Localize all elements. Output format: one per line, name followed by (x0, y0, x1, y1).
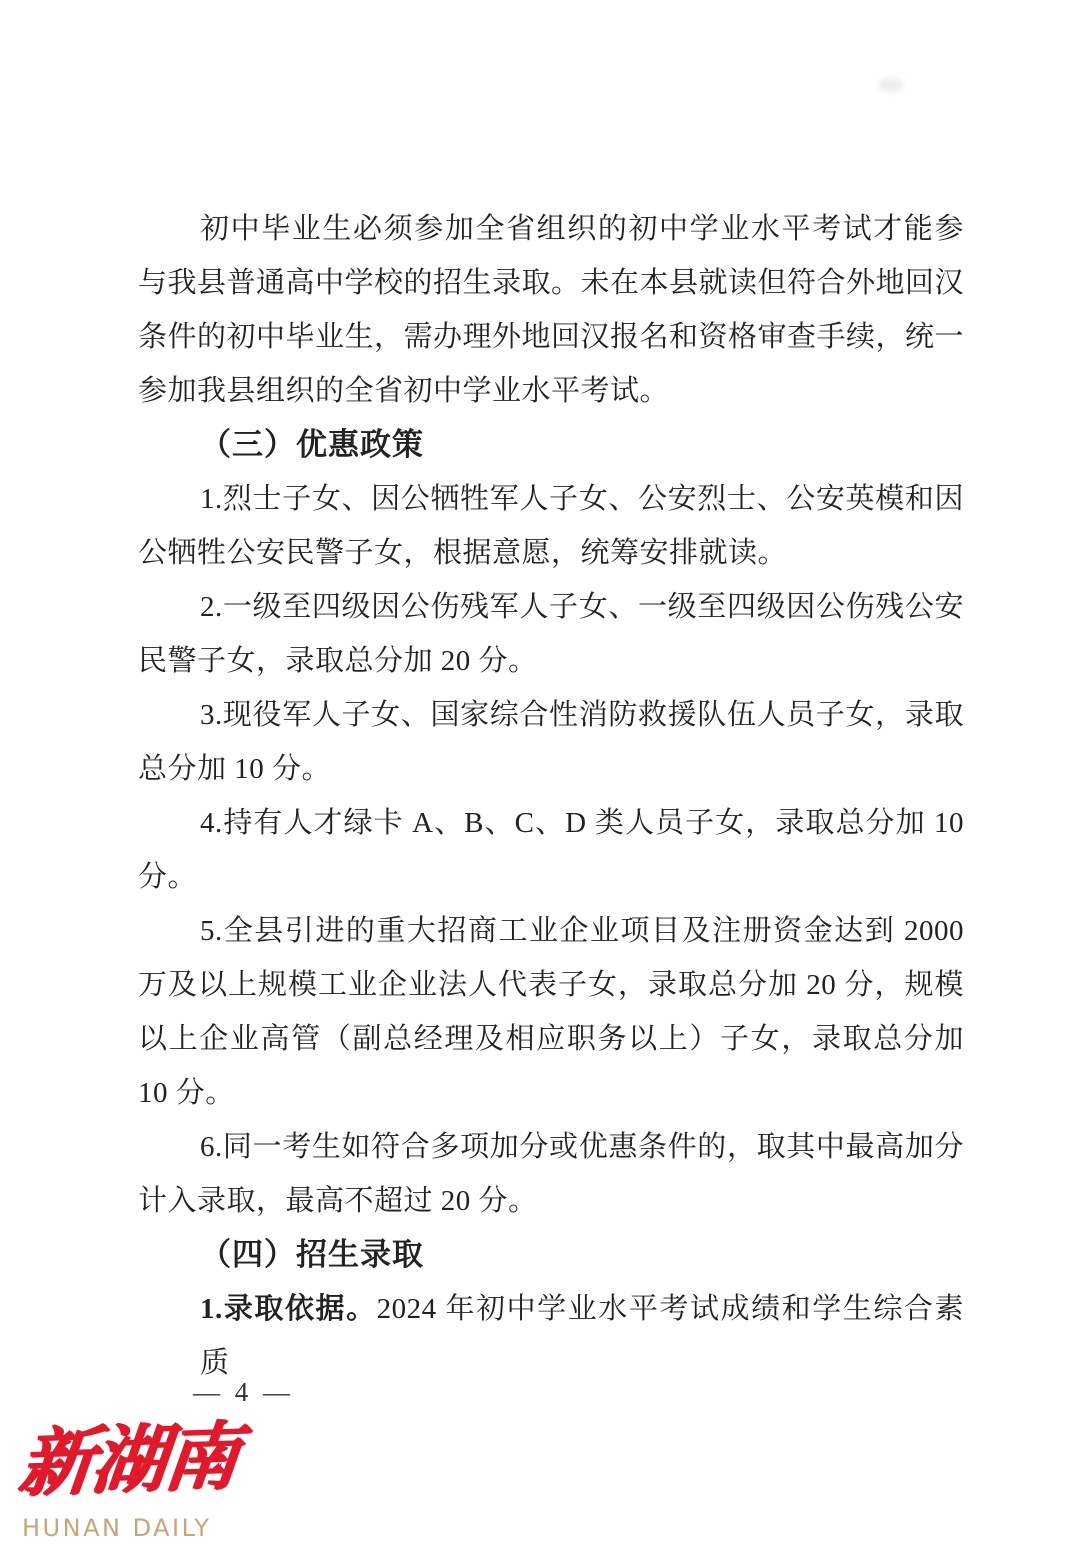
text-line: 10 分。 (138, 1066, 964, 1120)
text-line: 万及以上规模工业企业法人代表子女，录取总分加 20 分，规模 (138, 958, 964, 1012)
text-line: 初中毕业生必须参加全省组织的初中学业水平考试才能参 (138, 202, 964, 256)
text-line: 公牺牲公安民警子女，根据意愿，统筹安排就读。 (138, 526, 964, 580)
text-line: 4.持有人才绿卡 A、B、C、D 类人员子女，录取总分加 10 (138, 796, 964, 850)
text-line: 条件的初中毕业生，需办理外地回汉报名和资格审查手续，统一 (138, 310, 964, 364)
scan-smudge-artifact (878, 78, 904, 92)
text-line: 1.录取依据。2024 年初中学业水平考试成绩和学生综合素质 (138, 1282, 964, 1336)
logo-chinese-calligraphy: 新湖南 (14, 1410, 265, 1510)
text-line: 6.同一考生如符合多项加分或优惠条件的，取其中最高加分 (138, 1120, 964, 1174)
text-line: 参加我县组织的全省初中学业水平考试。 (138, 364, 964, 418)
section-heading: （四）招生录取 (138, 1228, 964, 1282)
hunan-daily-logo: 新湖南 HUNAN DAILY (14, 1418, 254, 1542)
text-line: 3.现役军人子女、国家综合性消防救援队伍人员子女，录取 (138, 688, 964, 742)
text-line: 5.全县引进的重大招商工业企业项目及注册资金达到 2000 (138, 904, 964, 958)
text-line: 民警子女，录取总分加 20 分。 (138, 634, 964, 688)
text-line: 总分加 10 分。 (138, 742, 964, 796)
text-line: 计入录取，最高不超过 20 分。 (138, 1174, 964, 1228)
page-number: — 4 — (193, 1376, 294, 1408)
bold-lead-in: 1.录取依据。 (200, 1293, 377, 1325)
scanned-document-page: 初中毕业生必须参加全省组织的初中学业水平考试才能参与我县普通高中学校的招生录取。… (0, 0, 1080, 1551)
document-text-body: 初中毕业生必须参加全省组织的初中学业水平考试才能参与我县普通高中学校的招生录取。… (138, 202, 964, 1336)
text-line: 1.烈士子女、因公牺牲军人子女、公安烈士、公安英模和因 (138, 472, 964, 526)
text-line: 2.一级至四级因公伤残军人子女、一级至四级因公伤残公安 (138, 580, 964, 634)
logo-english-wordmark: HUNAN DAILY (22, 1514, 254, 1542)
text-line: 分。 (138, 850, 964, 904)
text-line: 与我县普通高中学校的招生录取。未在本县就读但符合外地回汉 (138, 256, 964, 310)
section-heading: （三）优惠政策 (138, 418, 964, 472)
text-line: 以上企业高管（副总经理及相应职务以上）子女，录取总分加 (138, 1012, 964, 1066)
